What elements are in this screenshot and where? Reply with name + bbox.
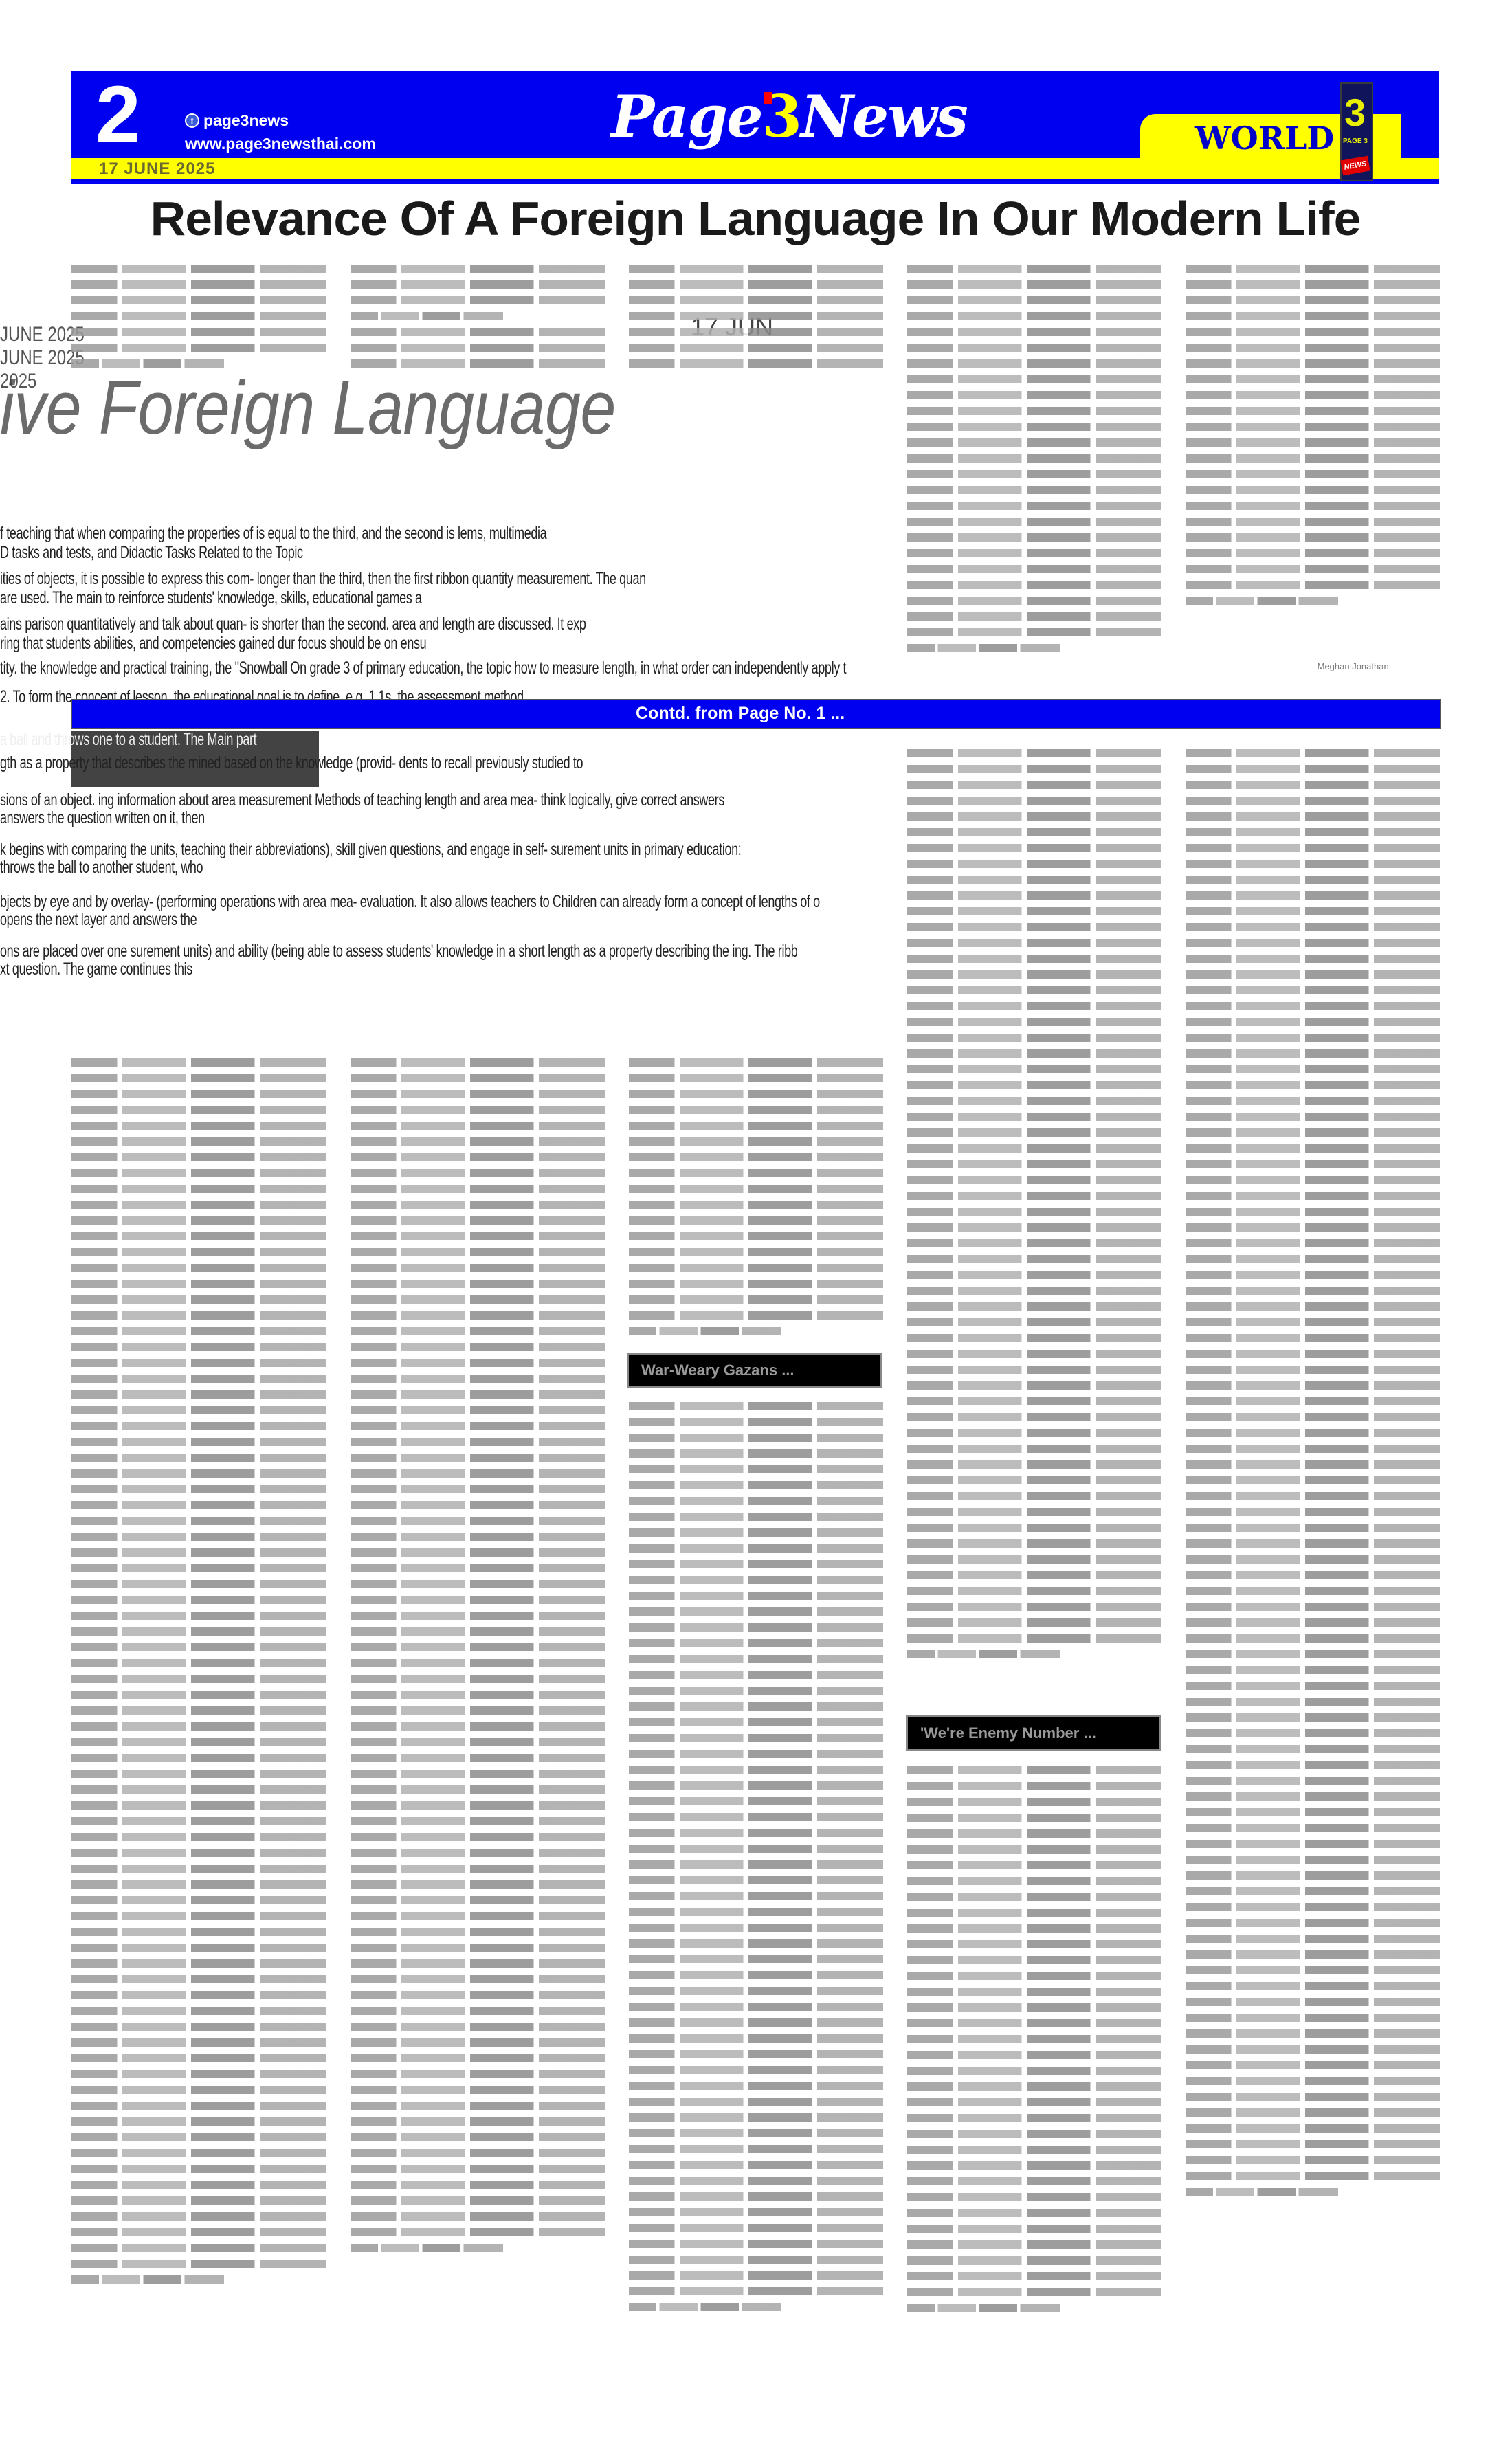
- badge-number: 3: [1344, 93, 1366, 132]
- column-4-top: [907, 265, 1161, 660]
- website-link[interactable]: www.page3newsthai.com: [185, 135, 376, 153]
- page-number: 2: [96, 71, 141, 158]
- ghost-line: f teaching that when comparing the prope…: [0, 524, 546, 544]
- logo-text-page: Page: [611, 82, 762, 151]
- newspaper-logo: Page3News: [611, 82, 967, 151]
- ghost-line: a ball and throws one to a student. The …: [0, 730, 256, 750]
- column-2-top: [351, 265, 605, 375]
- column-3-bottom: [629, 1058, 883, 1343]
- column-3-top: [629, 265, 883, 375]
- subhead-war-weary-gazans: War-Weary Gazans ...: [627, 1353, 882, 1388]
- ghost-line: xt question. The game continues this: [0, 959, 192, 979]
- ghost-line: opens the next layer and answers the: [0, 910, 197, 930]
- column-3-lower: [629, 1402, 883, 2319]
- masthead: 2 f page3news www.page3newsthai.com 17 J…: [71, 71, 1439, 184]
- article-headline: Relevance Of A Foreign Language In Our M…: [58, 184, 1453, 253]
- column-2-bottom: [351, 1058, 605, 2260]
- page3-badge-logo: 3 PAGE 3 NEWS: [1340, 82, 1373, 181]
- ghost-title-overlay: ive Foreign Language: [0, 364, 616, 452]
- ghost-line: throws the ball to another student, who: [0, 858, 203, 878]
- facebook-link[interactable]: f page3news: [185, 111, 289, 130]
- badge-news: NEWS: [1340, 156, 1370, 176]
- facebook-icon: f: [185, 113, 199, 128]
- issue-date: 17 JUNE 2025: [99, 159, 215, 179]
- logo-text-news: News: [801, 82, 967, 151]
- ghost-line: ring that students abilities, and compet…: [0, 634, 426, 654]
- ghost-line: tity. the knowledge and practical traini…: [0, 658, 846, 678]
- continued-banner: Contd. from Page No. 1 ...: [71, 699, 1441, 729]
- subhead-enemy-number: 'We're Enemy Number ...: [906, 1715, 1161, 1751]
- column-4-bottom: [907, 749, 1161, 1666]
- ghost-line: ons are placed over one surement units) …: [0, 942, 797, 961]
- column-4-lower: [907, 1766, 1161, 2319]
- ghost-line: sions of an object. ing information abou…: [0, 790, 724, 810]
- ghost-line: answers the question written on it, then: [0, 808, 205, 828]
- ghost-line: are used. The main to reinforce students…: [0, 588, 422, 608]
- column-5-bottom: [1186, 749, 1440, 2203]
- column-1-bottom: [71, 1058, 326, 2291]
- facebook-handle: page3news: [203, 111, 289, 130]
- column-5-top: [1186, 265, 1440, 612]
- masthead-bottom-rule: [71, 179, 1439, 184]
- continued-banner-label: Contd. from Page No. 1 ...: [636, 704, 845, 724]
- logo-three: 3: [762, 82, 801, 151]
- ghost-line: gth as a property that describes the min…: [0, 753, 583, 773]
- ghost-line: bjects by eye and by overlay- (performin…: [0, 892, 820, 912]
- section-label: WORLD: [1195, 120, 1334, 157]
- ghost-line: ains parison quantitatively and talk abo…: [0, 614, 586, 634]
- article-author: — Meghan Jonathan: [1306, 661, 1389, 671]
- ghost-line: ities of objects, it is possible to expr…: [0, 569, 646, 589]
- ghost-line: D tasks and tests, and Didactic Tasks Re…: [0, 543, 303, 563]
- badge-label: PAGE 3: [1343, 137, 1368, 145]
- ghost-line: k begins with comparing the units, teach…: [0, 840, 741, 860]
